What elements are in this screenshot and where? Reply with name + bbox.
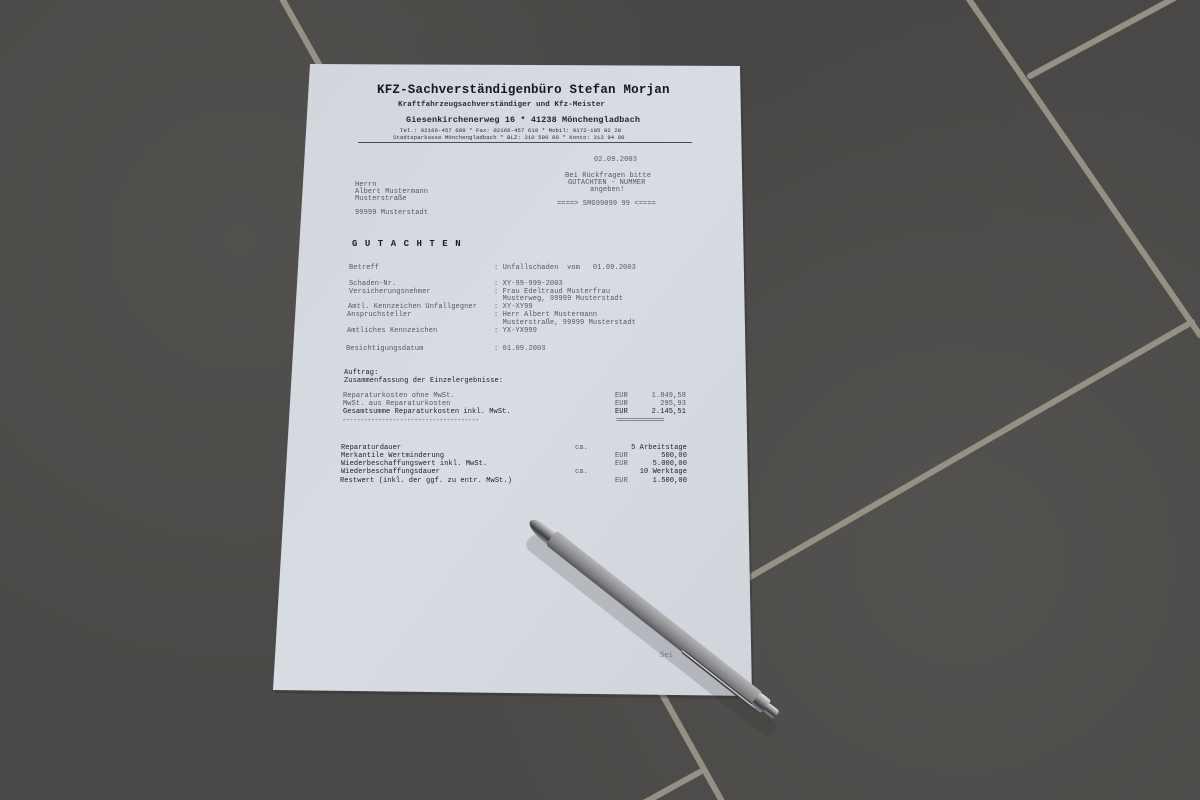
ballpoint-pen (0, 0, 1200, 800)
